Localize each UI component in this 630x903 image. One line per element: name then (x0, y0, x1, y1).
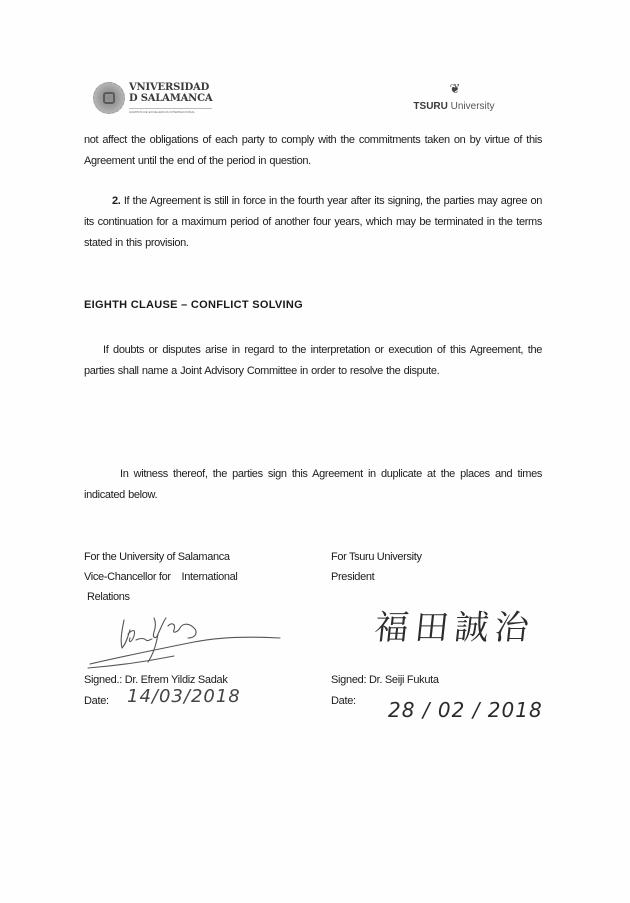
paragraph-witness: In witness thereof, the parties sign thi… (84, 464, 542, 506)
handwritten-date-left: 14/03/2018 (127, 686, 241, 707)
signatory-title: President (331, 567, 541, 587)
signatory-institution: For Tsuru University (331, 547, 541, 567)
date-label-right: Date: (331, 695, 356, 707)
signature-block-salamanca: For the University of Salamanca Vice-Cha… (84, 547, 284, 607)
signatory-title-cont: Relations (84, 587, 284, 607)
paragraph-continuation-text: If the Agreement is still in force in th… (84, 195, 542, 249)
signatory-institution: For the University of Salamanca (84, 547, 284, 567)
university-of-salamanca-logo: VNIVERSIDAD D SALAMANCA CAMPUS DE EXCELE… (93, 82, 212, 118)
handwritten-date-right: 28 / 02 / 2018 (388, 698, 543, 722)
signature-block-tsuru: For Tsuru University President (331, 547, 541, 587)
paragraph-obligations: not affect the obligations of each party… (84, 130, 542, 172)
usal-logo-line1: VNIVERSIDAD (129, 82, 212, 93)
university-seal-icon (93, 82, 125, 114)
handwritten-signature-left (84, 612, 284, 672)
date-label-left: Date: (84, 695, 109, 707)
usal-logo-line2: D SALAMANCA (129, 93, 212, 104)
tsuru-logo-text: TSURU University (413, 101, 494, 112)
clause-heading: EIGHTH CLAUSE – CONFLICT SOLVING (84, 299, 303, 311)
tsuru-logo-rest: University (448, 101, 495, 112)
signatory-title: Vice-Chancellor for International (84, 567, 284, 587)
signed-name-left: Signed.: Dr. Efrem Yildiz Sadak (84, 674, 228, 686)
handwritten-signature-right: 福田誠治 (372, 600, 537, 649)
signed-name-right: Signed: Dr. Seiji Fukuta (331, 674, 439, 686)
paragraph-conflict: If doubts or disputes arise in regard to… (84, 340, 542, 382)
tsuru-logo-bold: TSURU (413, 101, 447, 112)
paragraph-continuation: 2. If the Agreement is still in force in… (84, 191, 542, 254)
crane-logo-icon: ❦ (411, 82, 499, 96)
document-page: VNIVERSIDAD D SALAMANCA CAMPUS DE EXCELE… (0, 0, 630, 903)
tsuru-university-logo: ❦ TSURU University (409, 82, 499, 114)
usal-logo-tagline: CAMPUS DE EXCELENCIA INTERNACIONAL (129, 108, 212, 114)
